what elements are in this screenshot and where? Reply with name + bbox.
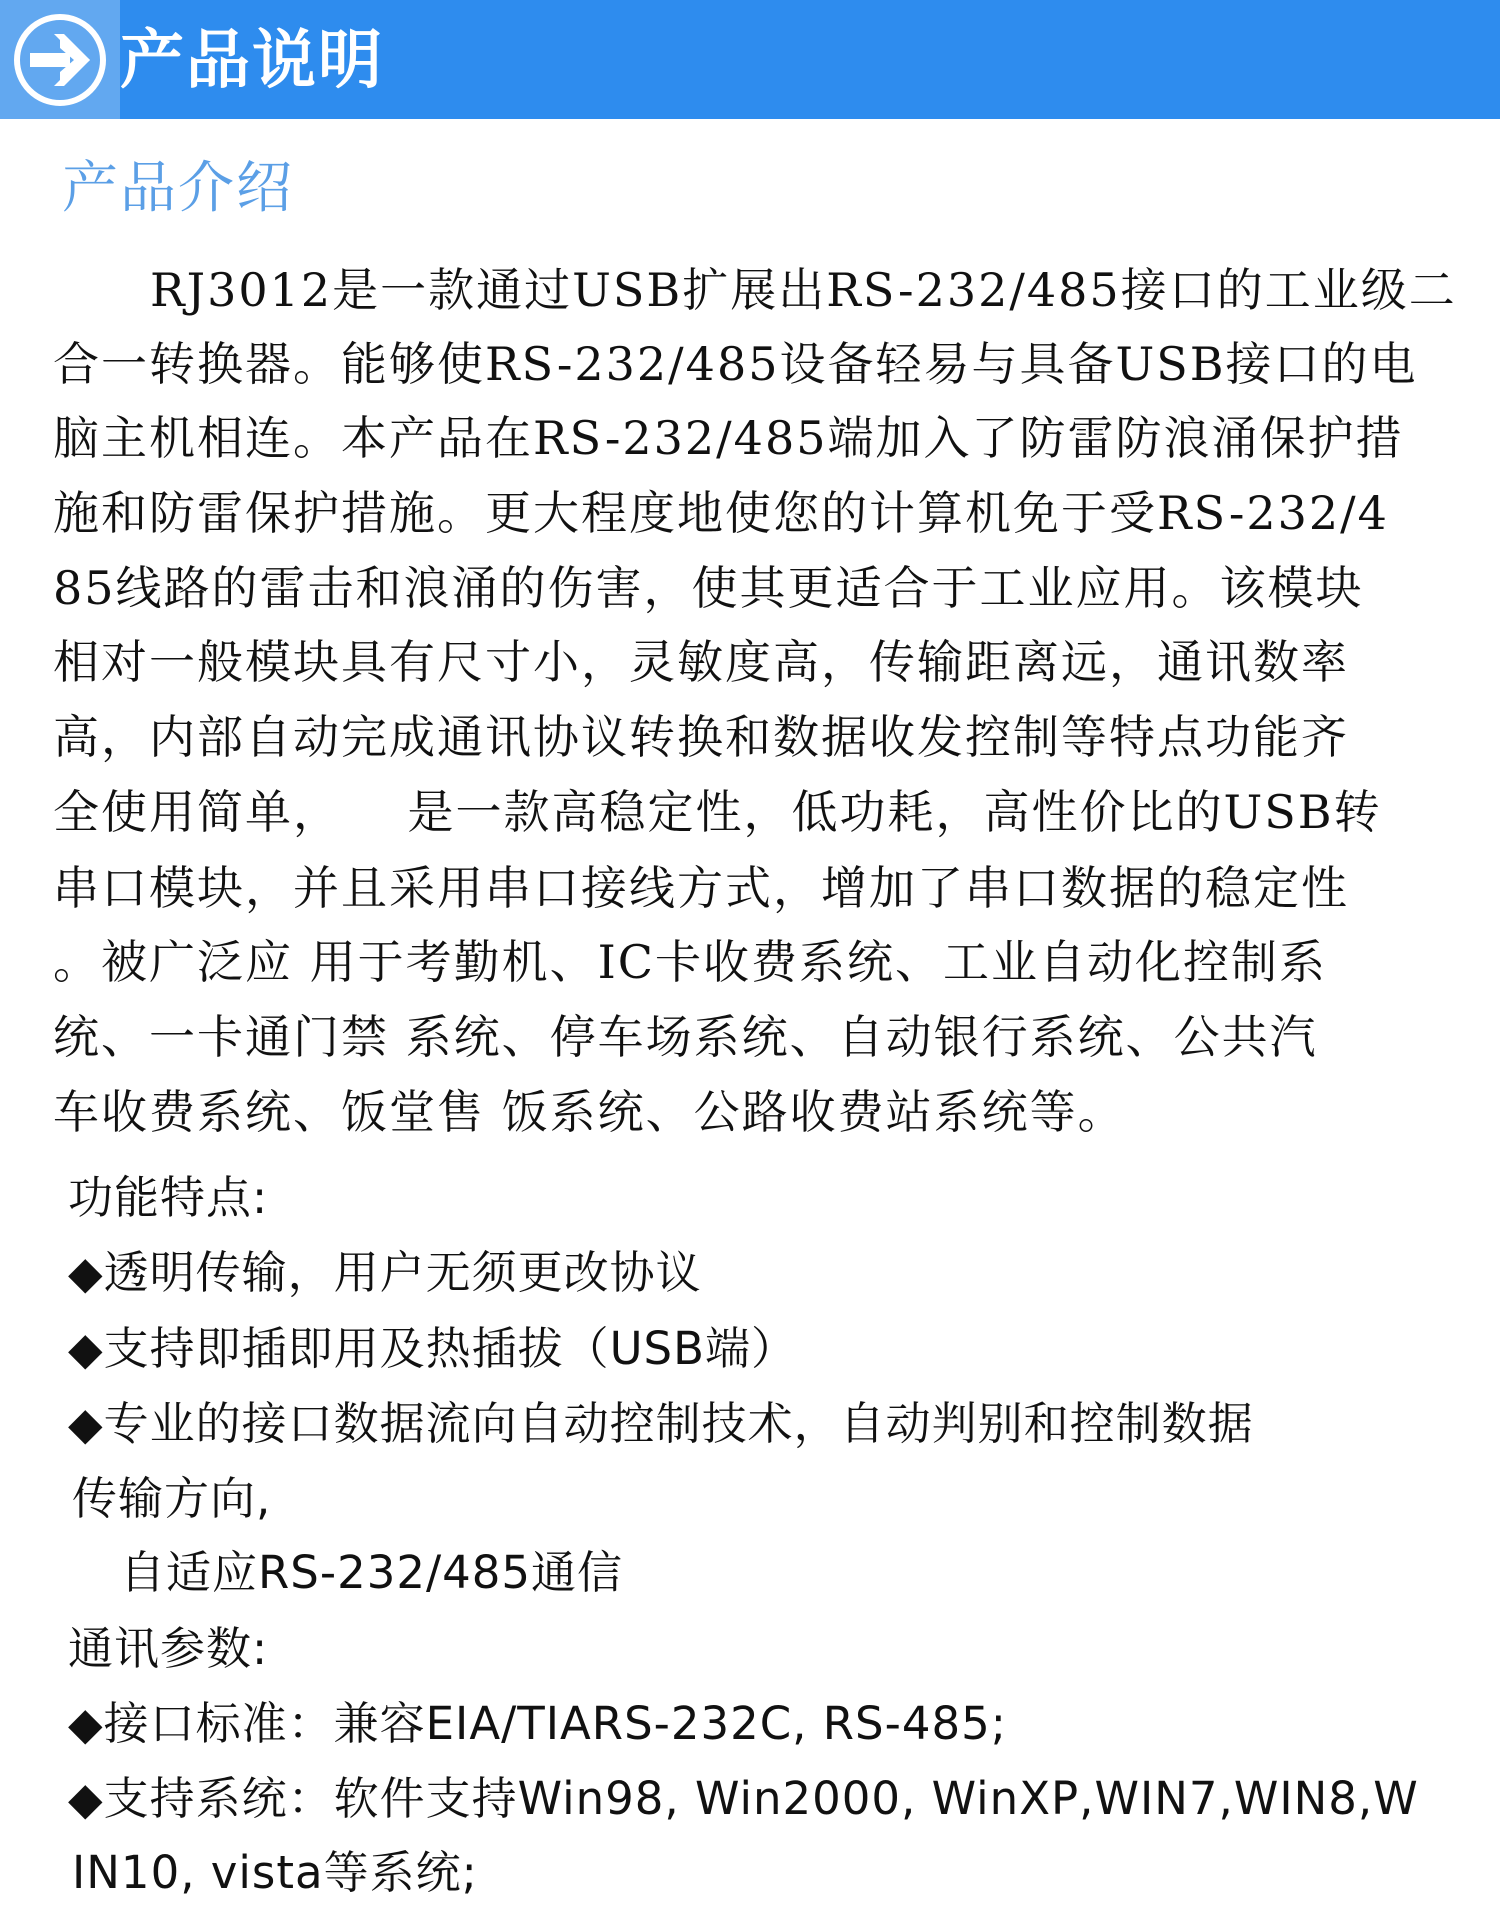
- comm-params-heading: 通讯参数:: [68, 1612, 268, 1686]
- paragraph-line: 相对一般模块具有尺寸小，灵敏度高，传输距离远，通讯数率: [53, 625, 1349, 699]
- features-heading: 功能特点:: [68, 1161, 268, 1235]
- paragraph-line: 统、一卡通门禁 系统、停车场系统、自动银行系统、公共汽: [53, 1000, 1318, 1074]
- paragraph-line: 85线路的雷击和浪涌的伤害，使其更适合于工业应用。该模块: [53, 551, 1364, 625]
- paragraph-line: 施和防雷保护措施。更大程度地使您的计算机免于受RS-232/4: [53, 476, 1389, 550]
- diamond-bullet-icon: ◆: [68, 1387, 104, 1461]
- arrow-right-circle-icon: [8, 10, 112, 110]
- feature-item: ◆专业的接口数据流向自动控制技术，自动判别和控制数据: [68, 1387, 1254, 1461]
- diamond-bullet-icon: ◆: [68, 1236, 104, 1310]
- diamond-bullet-icon: ◆: [68, 1687, 104, 1761]
- paragraph-line: 串口模块，并且采用串口接线方式，增加了串口数据的稳定性: [53, 851, 1349, 925]
- param-text: 接口标准：兼容EIA/TIARS-232C, RS-485;: [104, 1697, 1007, 1750]
- paragraph-line: 高，内部自动完成通讯协议转换和数据收发控制等特点功能齐: [53, 700, 1349, 774]
- feature-text: 专业的接口数据流向自动控制技术，自动判别和控制数据: [104, 1397, 1254, 1450]
- feature-extra-line: 自适应RS-232/485通信: [120, 1536, 623, 1610]
- header-bar: 产品说明: [0, 0, 1500, 119]
- param-item: ◆支持系统：软件支持Win98, Win2000, WinXP,WIN7,WIN…: [68, 1762, 1419, 1836]
- paragraph-line: 脑主机相连。本产品在RS-232/485端加入了防雷防浪涌保护措: [53, 401, 1403, 475]
- param-item: ◆接口标准：兼容EIA/TIARS-232C, RS-485;: [68, 1687, 1007, 1761]
- paragraph-line: 合一转换器。能够使RS-232/485设备轻易与具备USB接口的电: [53, 327, 1418, 401]
- page-title: 产品说明: [120, 6, 384, 116]
- feature-item-continuation: 传输方向,: [72, 1462, 271, 1536]
- param-item-continuation: IN10, vista等系统;: [72, 1836, 478, 1910]
- param-text: 支持系统：软件支持Win98, Win2000, WinXP,WIN7,WIN8…: [104, 1772, 1419, 1825]
- feature-text: 透明传输，用户无须更改协议: [104, 1246, 702, 1299]
- diamond-bullet-icon: ◆: [68, 1312, 104, 1386]
- header-icon-block: [0, 0, 120, 119]
- intro-heading: 产品介绍: [62, 154, 294, 224]
- paragraph-line: 。被广泛应 用于考勤机、IC卡收费系统、工业自动化控制系: [53, 925, 1327, 999]
- diamond-bullet-icon: ◆: [68, 1762, 104, 1836]
- feature-text: 支持即插即用及热插拔（USB端）: [104, 1322, 797, 1375]
- feature-item: ◆支持即插即用及热插拔（USB端）: [68, 1312, 797, 1386]
- paragraph-line: 车收费系统、饭堂售 饭系统、公路收费站系统等。: [53, 1075, 1126, 1149]
- paragraph-line: 全使用简单， 是一款高稳定性，低功耗，高性价比的USB转: [53, 775, 1382, 849]
- feature-item: ◆透明传输，用户无须更改协议: [68, 1236, 702, 1310]
- paragraph-line: RJ3012是一款通过USB扩展出RS-232/485接口的工业级二: [150, 253, 1457, 327]
